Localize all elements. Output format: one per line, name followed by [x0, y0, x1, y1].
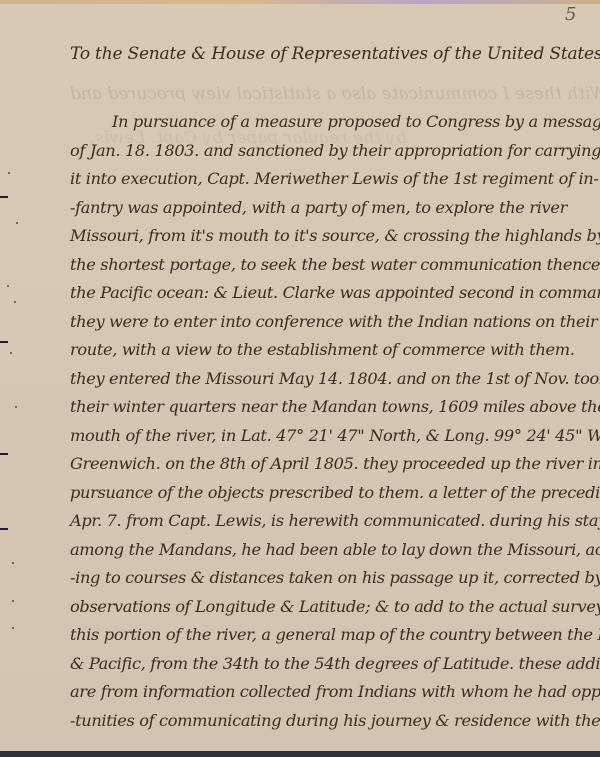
page-number: 5 [565, 4, 576, 25]
margin-speck [12, 627, 14, 629]
body-line: it into execution, Capt. Meriwether Lewi… [70, 165, 595, 194]
margin-speck [7, 285, 9, 287]
body-line: this portion of the river, a general map… [70, 621, 595, 650]
body-line: route, with a view to the establishment … [70, 336, 595, 365]
body-line: mouth of the river, in Lat. 47° 21' 47" … [70, 422, 595, 451]
body-line: pursuance of the objects prescribed to t… [70, 479, 595, 508]
body-line: Missouri, from it's mouth to it's source… [70, 222, 595, 251]
body-line: Apr. 7. from Capt. Lewis, is herewith co… [70, 507, 595, 536]
margin-tick [0, 196, 8, 198]
margin-speck [12, 600, 14, 602]
margin-tick [0, 453, 8, 455]
body-line: -fantry was appointed, with a party of m… [70, 194, 595, 223]
margin-speck [15, 406, 17, 408]
body-line: the shortest portage, to seek the best w… [70, 251, 595, 280]
body-line: they entered the Missouri May 14. 1804. … [70, 365, 595, 394]
body-line: are from information collected from Indi… [70, 678, 595, 707]
margin-speck [8, 172, 10, 174]
letter-salutation: To the Senate & House of Representatives… [70, 44, 600, 64]
body-line: the Pacific ocean: & Lieut. Clarke was a… [70, 279, 595, 308]
paper-top-edge [0, 0, 600, 4]
margin-speck [12, 562, 14, 564]
letter-body: In pursuance of a measure proposed to Co… [70, 108, 595, 735]
body-line: observations of Longitude & Latitude; & … [70, 593, 595, 622]
body-line: & Pacific, from the 34th to the 54th deg… [70, 650, 595, 679]
document-page: With these I communicate also a statisti… [0, 0, 600, 757]
body-line: -ing to courses & distances taken on his… [70, 564, 595, 593]
body-line: of Jan. 18. 1803. and sanctioned by thei… [70, 137, 595, 166]
margin-speck [10, 352, 12, 354]
bleed-through-text: With these I communicate also a statisti… [70, 84, 600, 104]
margin-speck [16, 222, 18, 224]
margin-tick [0, 341, 8, 343]
body-line: they were to enter into conference with … [70, 308, 595, 337]
margin-speck [14, 301, 16, 303]
body-line: Greenwich. on the 8th of April 1805. the… [70, 450, 595, 479]
body-line: their winter quarters near the Mandan to… [70, 393, 595, 422]
body-line: In pursuance of a measure proposed to Co… [70, 108, 595, 137]
body-line: -tunities of communicating during his jo… [70, 707, 595, 736]
body-line: among the Mandans, he had been able to l… [70, 536, 595, 565]
scan-bottom-edge [0, 751, 600, 757]
margin-tick [0, 528, 8, 530]
